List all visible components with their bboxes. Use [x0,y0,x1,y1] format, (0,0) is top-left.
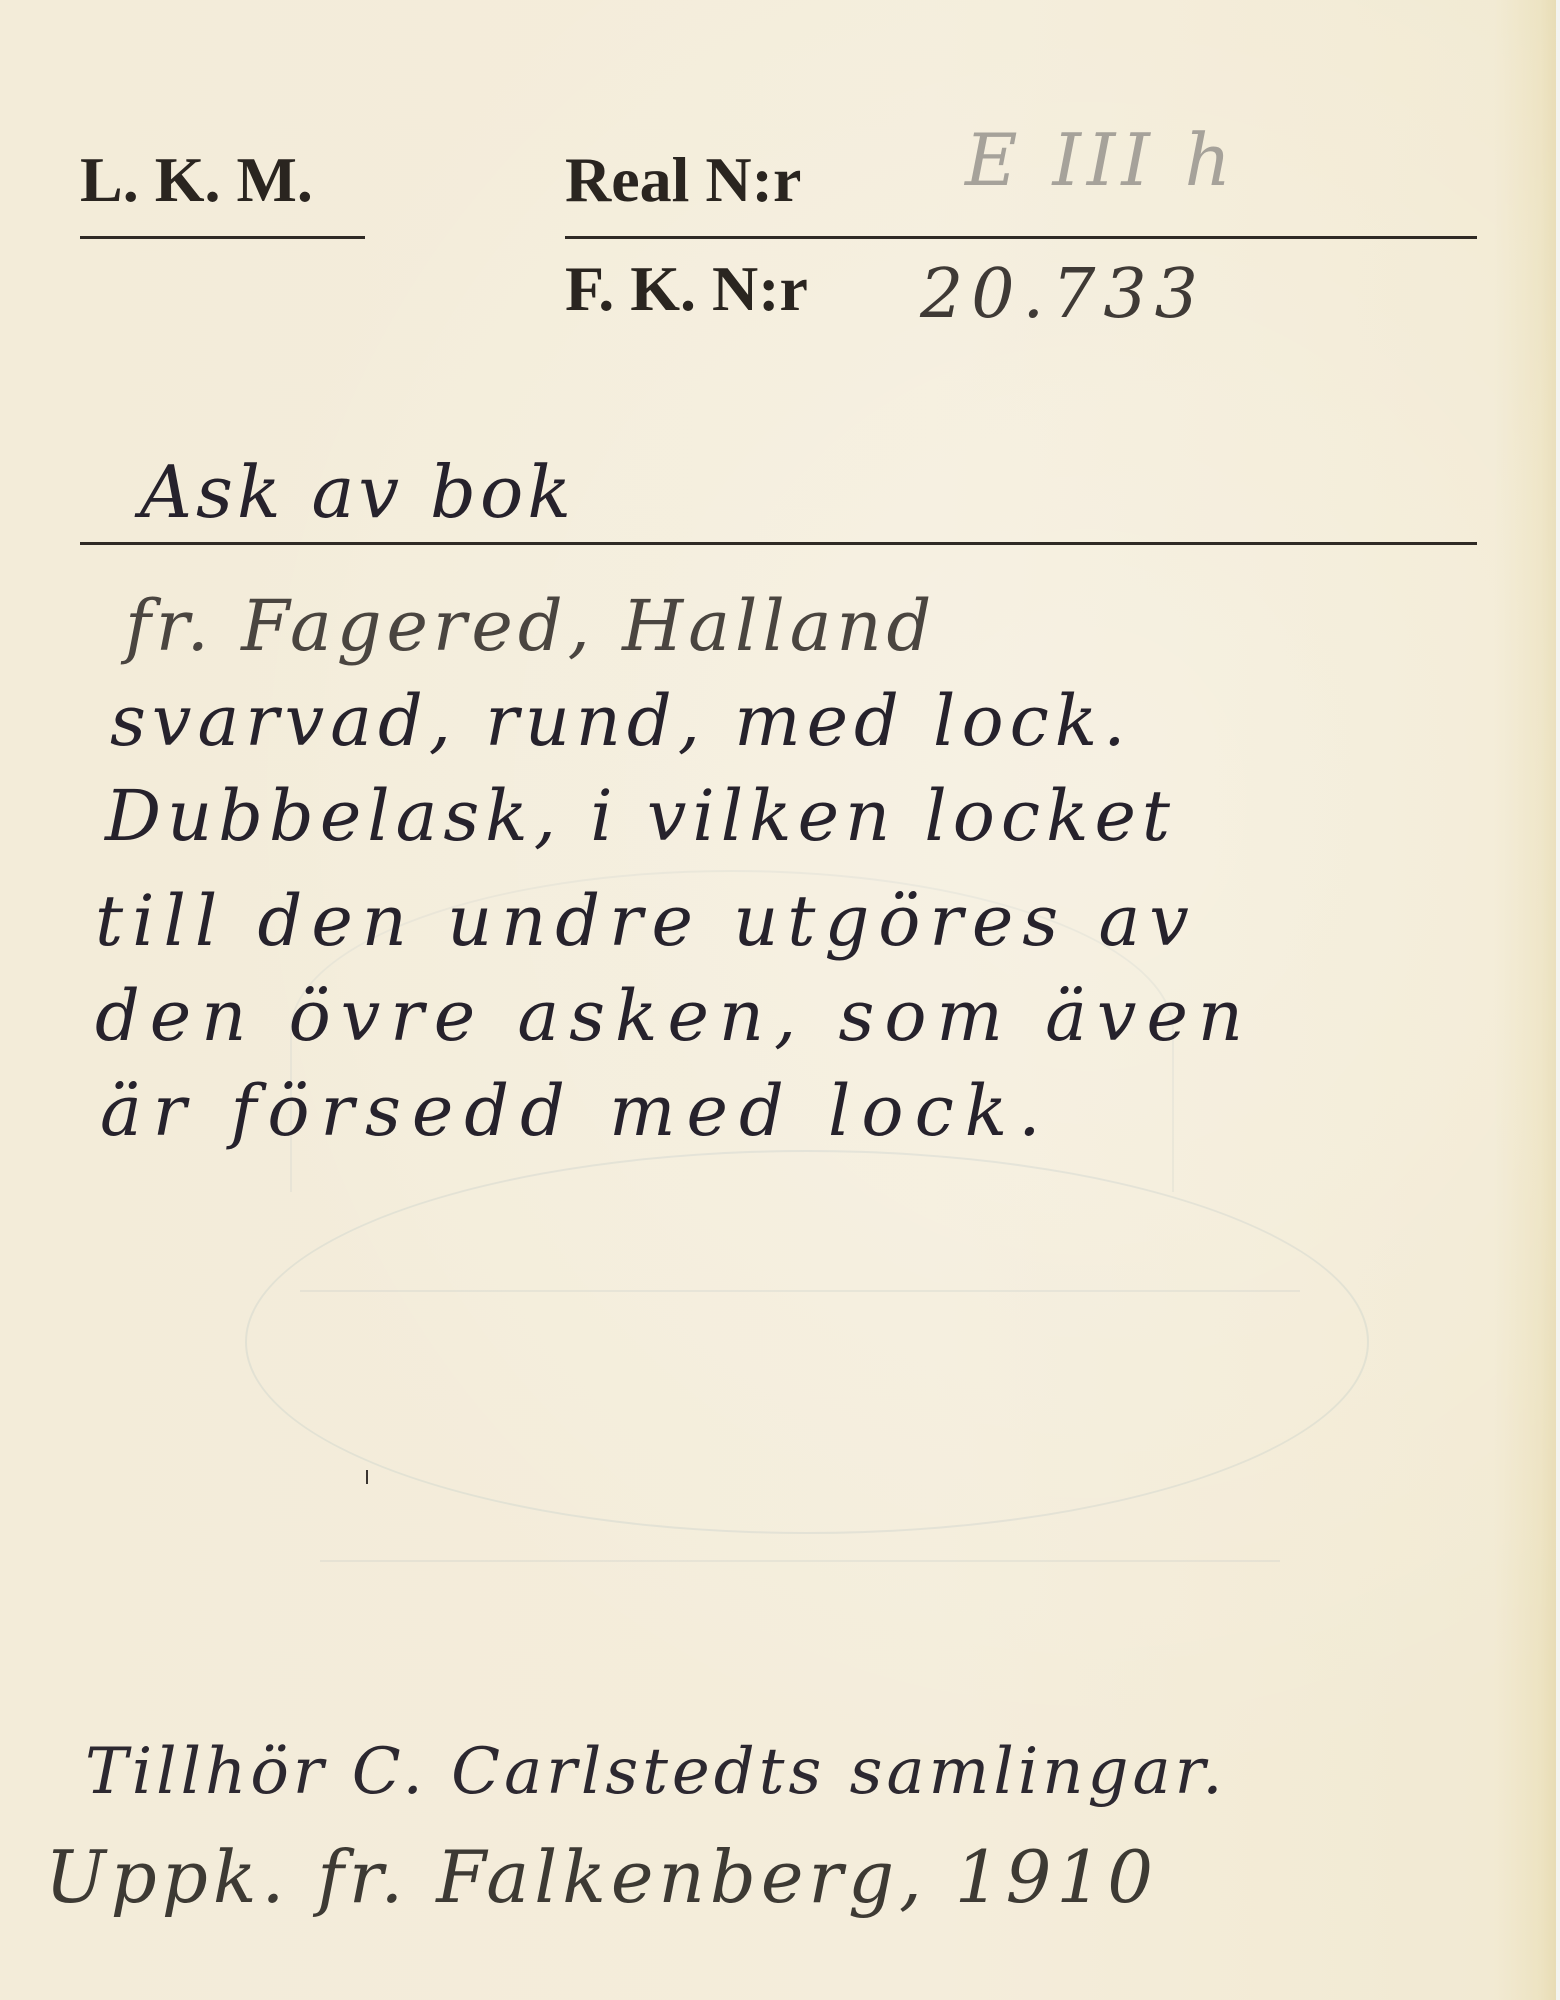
object-title: Ask av bok [140,450,575,534]
fk-nr-value: 20.733 [920,255,1206,334]
real-nr-rule [565,236,1477,239]
real-nr-value: E III h [965,118,1237,202]
ink-speck [366,1470,368,1484]
institution-abbrev: L. K. M. [80,143,313,217]
acquisition-note: Uppk. fr. Falkenberg, 1910 [45,1835,1158,1919]
description-line: den övre asken, som även [95,975,1253,1057]
description-line: Dubbelask, i vilken locket [105,775,1176,857]
institution-underline [80,236,365,239]
bleed-through-line [320,1560,1280,1562]
description-line: är försedd med lock. [100,1070,1051,1152]
real-nr-label: Real N:r [565,143,801,217]
bleed-through-line [300,1290,1300,1292]
fk-nr-label: F. K. N:r [565,252,808,326]
description-line: till den undre utgöres av [95,880,1198,962]
title-separator-rule [80,542,1477,545]
catalog-card: L. K. M. Real N:r E III h F. K. N:r 20.7… [0,0,1556,2000]
ownership-note: Tillhör C. Carlstedts samlingar. [85,1735,1227,1809]
description-line: fr. Fagered, Halland [125,585,936,667]
bleed-through-oval [245,1150,1369,1534]
description-line: svarvad, rund, med lock. [110,680,1131,762]
scan-edge [1556,0,1560,2000]
